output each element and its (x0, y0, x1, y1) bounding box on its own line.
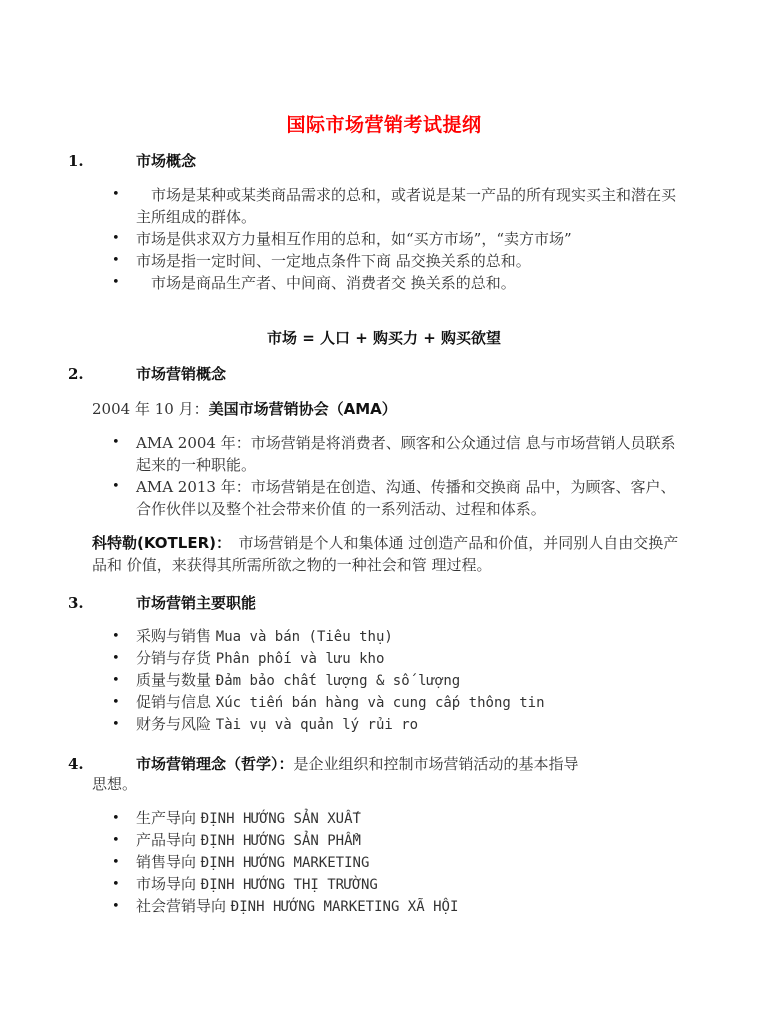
section-1-list: 市场是某种或某类商品需求的总和，或者说是某一产品的所有现实买主和潜在买主所组成的… (110, 184, 690, 294)
item-zh: 质量与数量 (136, 671, 211, 689)
list-item: 销售导向 ĐỊNH HƯỚNG MARKETING (110, 852, 690, 874)
item-vi: Mua và bán (Tiêu thụ) (216, 629, 393, 645)
list-item: 质量与数量 Đảm bảo chất lượng & số lượng (110, 670, 690, 692)
section-title: 市场概念 (136, 152, 196, 170)
item-vi: ĐỊNH HƯỚNG THỊ TRƯỜNG (201, 877, 378, 893)
section-2-list: AMA 2004 年：市场营销是将消费者、顾客和公众通过信 息与市场营销人员联系… (110, 432, 690, 520)
section-title: 市场营销主要职能 (136, 594, 256, 612)
list-item: AMA 2004 年：市场营销是将消费者、顾客和公众通过信 息与市场营销人员联系… (110, 432, 690, 476)
item-zh: 财务与风险 (136, 715, 211, 733)
section-number: 3. (68, 594, 136, 612)
list-item: 市场是商品生产者、中间商、消费者交 换关系的总和。 (110, 272, 690, 294)
section-3-list: 采购与销售 Mua và bán (Tiêu thụ) 分销与存货 Phân p… (110, 626, 690, 736)
item-zh: 分销与存货 (136, 649, 211, 667)
item-vi: Đảm bảo chất lượng & số lượng (216, 673, 460, 689)
list-item: 财务与风险 Tài vụ và quản lý rủi ro (110, 714, 690, 736)
list-item: 生产导向 ĐỊNH HƯỚNG SẢN XUẤT (110, 808, 690, 830)
item-vi: ĐỊNH HƯỚNG MARKETING XÃ HỘI (231, 899, 459, 915)
section-title: 市场营销理念（哲学）： (136, 755, 294, 773)
document-title: 国际市场营销考试提纲 (0, 110, 768, 137)
section-2-heading: 2.市场营销概念 (68, 363, 226, 384)
section-number: 4. (68, 755, 136, 773)
section-title: 市场营销概念 (136, 365, 226, 383)
section-3-heading: 3.市场营销主要职能 (68, 592, 256, 613)
document-page: 国际市场营销考试提纲 1.市场概念 市场是某种或某类商品需求的总和，或者说是某一… (0, 0, 768, 1024)
item-zh: 生产导向 (136, 809, 196, 827)
section-4-heading-wrap: 思想。 (92, 773, 137, 794)
list-item: AMA 2013 年：市场营销是在创造、沟通、传播和交换商 品中，为顾客、客户、… (110, 476, 690, 520)
item-vi: ĐỊNH HƯỚNG SẢN PHẨM (201, 833, 361, 849)
date-prefix: 2004 年 10 月： (92, 400, 209, 418)
section-4-heading: 4.市场营销理念（哲学）：是企业组织和控制市场营销活动的基本指导 (68, 753, 579, 774)
item-vi: ĐỊNH HƯỚNG MARKETING (201, 855, 370, 871)
ama-date-line: 2004 年 10 月：美国市场营销协会（AMA） (92, 398, 692, 420)
section-1-heading: 1.市场概念 (68, 150, 196, 171)
market-formula: 市场 = 人口 + 购买力 + 购买欲望 (0, 327, 768, 348)
kotler-label: 科特勒(KOTLER)： (92, 534, 224, 552)
item-vi: Phân phối và lưu kho (216, 651, 385, 667)
section-description: 是企业组织和控制市场营销活动的基本指导 (294, 755, 579, 773)
item-zh: 产品导向 (136, 831, 196, 849)
kotler-definition: 科特勒(KOTLER)： 市场营销是个人和集体通 过创造产品和价值，并同别人自由… (92, 532, 692, 576)
item-vi: Tài vụ và quản lý rủi ro (216, 717, 418, 733)
item-zh: 销售导向 (136, 853, 196, 871)
list-item: 促销与信息 Xúc tiến bán hàng và cung cấp thôn… (110, 692, 690, 714)
section-4-list: 生产导向 ĐỊNH HƯỚNG SẢN XUẤT 产品导向 ĐỊNH HƯỚNG… (110, 808, 690, 918)
item-zh: 采购与销售 (136, 627, 211, 645)
item-zh: 社会营销导向 (136, 897, 226, 915)
list-item: 社会营销导向 ĐỊNH HƯỚNG MARKETING XÃ HỘI (110, 896, 690, 918)
list-item: 分销与存货 Phân phối và lưu kho (110, 648, 690, 670)
list-item: 市场是某种或某类商品需求的总和，或者说是某一产品的所有现实买主和潜在买主所组成的… (110, 184, 690, 228)
list-item: 采购与销售 Mua và bán (Tiêu thụ) (110, 626, 690, 648)
item-zh: 市场导向 (136, 875, 196, 893)
section-number: 1. (68, 152, 136, 170)
list-item: 产品导向 ĐỊNH HƯỚNG SẢN PHẨM (110, 830, 690, 852)
list-item: 市场是指一定时间、一定地点条件下商 品交换关系的总和。 (110, 250, 690, 272)
item-zh: 促销与信息 (136, 693, 211, 711)
section-number: 2. (68, 365, 136, 383)
item-vi: Xúc tiến bán hàng và cung cấp thông tin (216, 695, 545, 711)
list-item: 市场是供求双方力量相互作用的总和，如“买方市场”，“卖方市场” (110, 228, 690, 250)
list-item: 市场导向 ĐỊNH HƯỚNG THỊ TRƯỜNG (110, 874, 690, 896)
organization-name: 美国市场营销协会（AMA） (209, 400, 397, 418)
item-vi: ĐỊNH HƯỚNG SẢN XUẤT (201, 811, 361, 827)
